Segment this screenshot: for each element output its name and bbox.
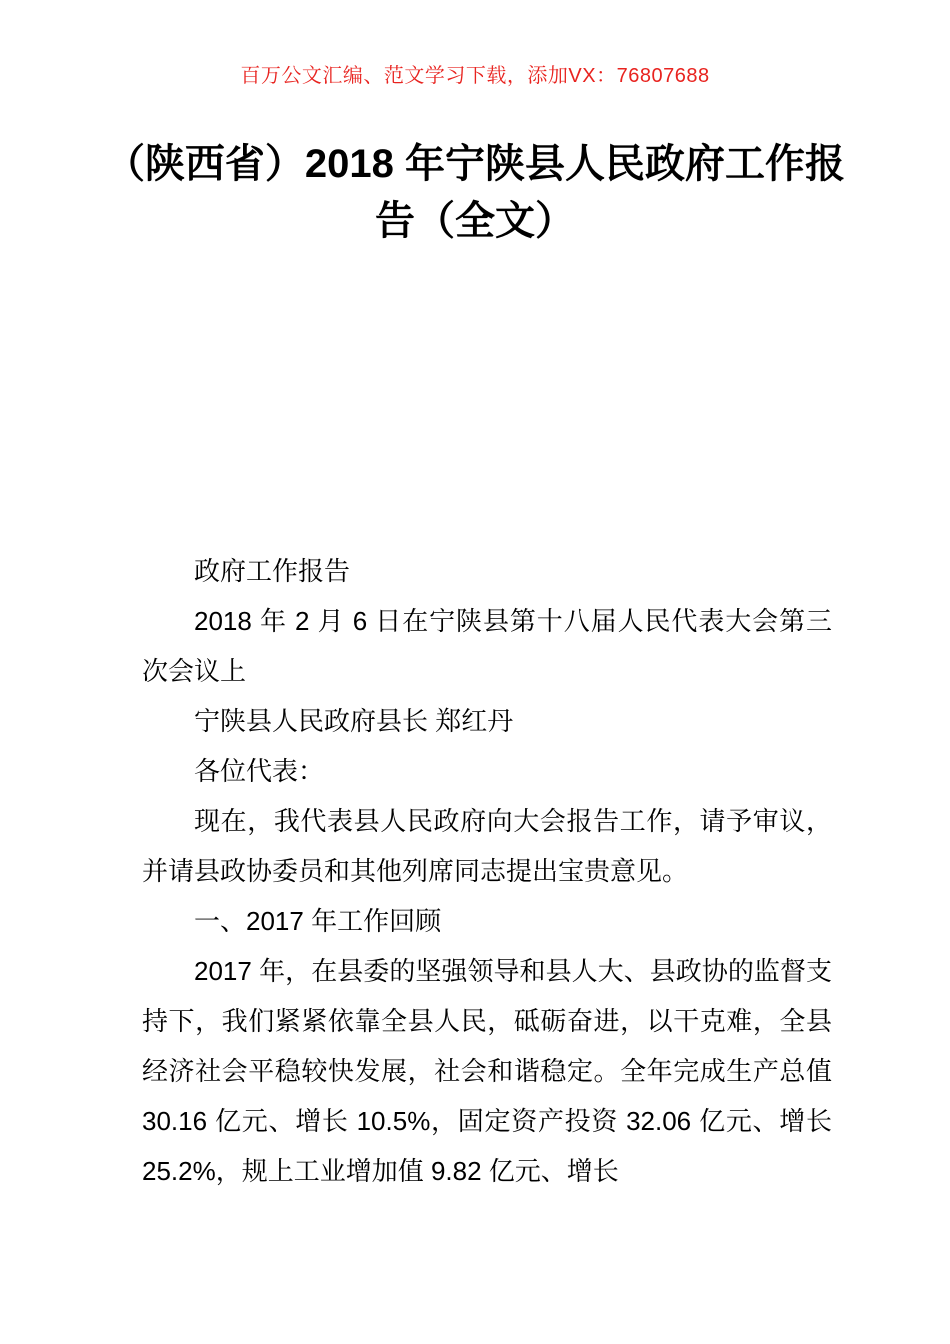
paragraph: 2018 年 2 月 6 日在宁陕县第十八届人民代表大会第三次会议上 <box>142 596 832 696</box>
paragraph: 宁陕县人民政府县长 郑红丹 <box>142 696 832 746</box>
document-page: 百万公文汇编、范文学习下载，添加VX：76807688 （陕西省）2018 年宁… <box>0 0 950 1344</box>
document-body: 政府工作报告2018 年 2 月 6 日在宁陕县第十八届人民代表大会第三次会议上… <box>142 546 832 1196</box>
paragraph: 一、2017 年工作回顾 <box>142 896 832 946</box>
paragraph: 各位代表： <box>142 746 832 796</box>
paragraph: 政府工作报告 <box>142 546 832 596</box>
paragraph: 2017 年，在县委的坚强领导和县人大、县政协的监督支持下，我们紧紧依靠全县人民… <box>142 946 832 1196</box>
paragraph: 现在，我代表县人民政府向大会报告工作，请予审议，并请县政协委员和其他列席同志提出… <box>142 796 832 896</box>
document-title: （陕西省）2018 年宁陕县人民政府工作报告（全文） <box>97 136 853 250</box>
promo-notice-text: 百万公文汇编、范文学习下载，添加VX：76807688 <box>0 0 950 90</box>
